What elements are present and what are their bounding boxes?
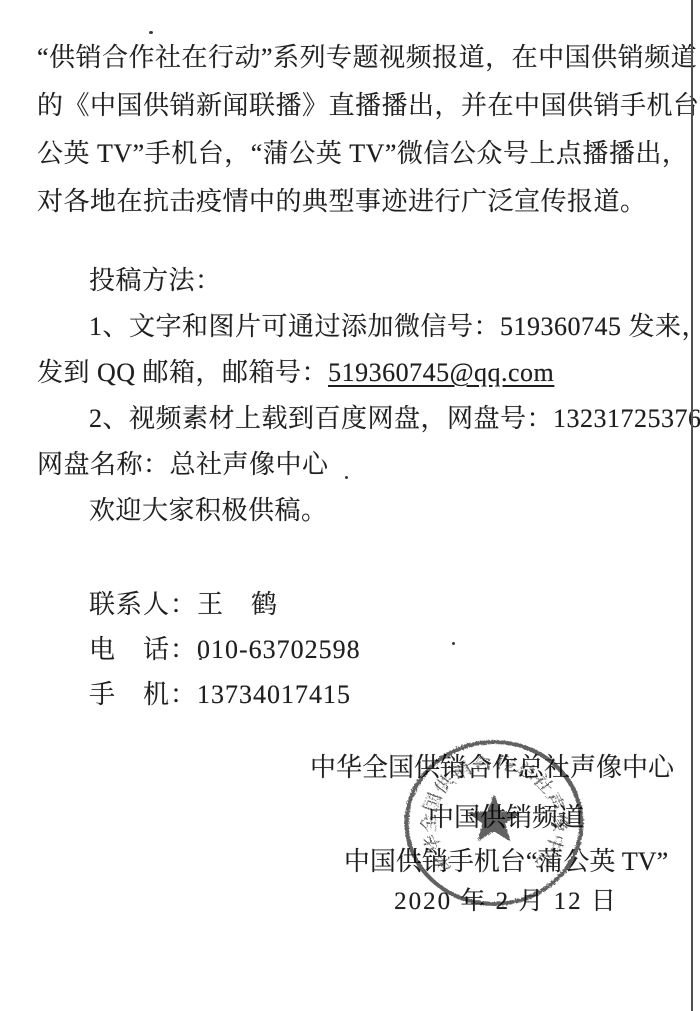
- opening-paragraph: “供销合作社在行动”系列专题视频报道，在中国供销频道 的《中国供销新闻联播》直播…: [37, 34, 674, 226]
- submission-item-1: 1、文字和图片可通过添加微信号：519360745 发来，或: [37, 304, 674, 350]
- submission-closing: 欢迎大家积极供稿。: [37, 488, 674, 534]
- scan-page-edge-line: [691, 0, 693, 1011]
- submission-heading: 投稿方法：: [37, 258, 674, 304]
- scanned-document-page: { "page": { "background": "#ffffff", "in…: [0, 0, 700, 1011]
- email-address: 519360745@qq.com: [328, 358, 554, 387]
- para1-line-3: 公英 TV”手机台，“蒲公英 TV”微信公众号上点播播出，: [37, 130, 674, 178]
- scan-speck: [345, 476, 348, 479]
- contact-mobile: 手 机：13734017415: [37, 672, 361, 717]
- para1-line-4: 对各地在抗击疫情中的典型事迹进行广泛宣传报道。: [37, 178, 674, 226]
- submission-method-section: 投稿方法： 1、文字和图片可通过添加微信号：519360745 发来，或 发到 …: [37, 258, 674, 534]
- contact-person: 联系人：王 鹤: [37, 582, 361, 627]
- email-prefix: 发到 QQ 邮箱，邮箱号：: [37, 358, 328, 387]
- contact-phone: 电 话：010-63702598: [37, 627, 361, 672]
- contact-section: 联系人：王 鹤 电 话：010-63702598 手 机：13734017415: [37, 582, 361, 717]
- scan-speck: [149, 31, 153, 34]
- scan-speck: [452, 642, 455, 645]
- official-seal-stamp: 中华全国供销合作总社声像中心: [399, 735, 589, 911]
- para1-line-2: 的《中国供销新闻联播》直播播出，并在中国供销手机台“蒲: [37, 82, 674, 130]
- submission-item-1-continuation: 发到 QQ 邮箱，邮箱号：519360745@qq.com: [37, 350, 674, 396]
- submission-item-2: 2、视频素材上载到百度网盘，网盘号：13231725376；: [37, 396, 674, 442]
- para1-line-1: “供销合作社在行动”系列专题视频报道，在中国供销频道: [37, 34, 674, 82]
- seal-graphic: 中华全国供销合作总社声像中心: [399, 735, 589, 911]
- star-icon: [467, 794, 521, 842]
- scan-speck: [199, 658, 202, 660]
- submission-item-2-continuation: 网盘名称：总社声像中心: [37, 442, 674, 488]
